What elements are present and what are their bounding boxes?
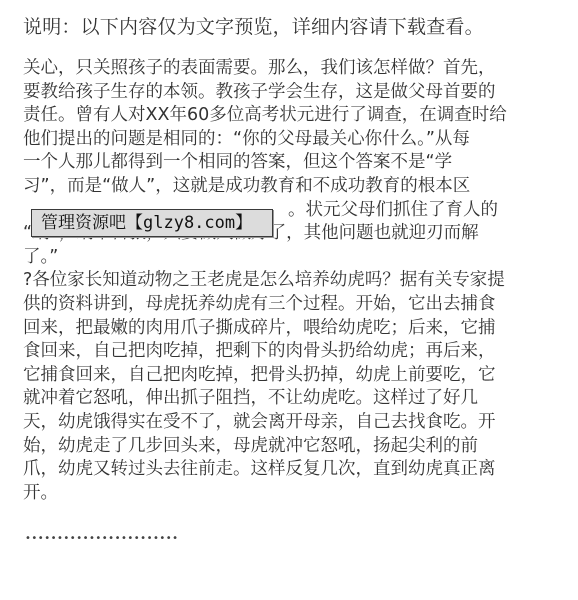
text-line: 开。 <box>23 482 553 506</box>
text-line: 关心，只关照孩子的表面需要。那么，我们该怎样做？首先， <box>23 57 553 81</box>
text-line: 一个人那儿都得到一个相同的答案，但这个答案不是“学 <box>23 151 553 175</box>
document-body: 关心，只关照孩子的表面需要。那么，我们该怎样做？首先， 要教给孩子生存的本领。教… <box>23 57 553 505</box>
text-line-visible-part: 。状元父母们抓住了育人的 <box>288 200 498 220</box>
continuation-dots: •••••••••••••••••••••••• <box>25 534 179 544</box>
text-line: 食回来，自己把肉吃掉，把剩下的肉骨头扔给幼虎；再后来， <box>23 340 553 364</box>
text-line: 了。” <box>23 246 553 270</box>
text-line: 爪，幼虎又转过头去往前走。这样反复几次，直到幼虎真正离 <box>23 458 553 482</box>
watermark-banner: 管理资源吧【glzy8.com】 <box>31 209 273 237</box>
text-line: 天，幼虎饿得实在受不了，就会离开母亲，自己去找食吃。开 <box>23 411 553 435</box>
text-line: ?各位家长知道动物之王老虎是怎么培养幼虎吗？据有关专家提 <box>23 269 553 293</box>
text-line: 责任。曾有人对XX年60多位高考状元进行了调查，在调查时给 <box>23 104 553 128</box>
text-line: 要教给孩子生存的本领。教孩子学会生存，这是做父母首要的 <box>23 81 553 105</box>
text-line: 回来，把最嫩的肉用爪子撕成碎片，喂给幼虎吃；后来，它捕 <box>23 317 553 341</box>
text-line: 它捕食回来，自己把肉吃掉，把骨头扔掉，幼虎上前要吃，它 <box>23 364 553 388</box>
text-line: 就冲着它怒吼，伸出抓子阻挡，不让幼虎吃。这样过了好几 <box>23 387 553 411</box>
text-line: 习”，而是“做人”，这就是成功教育和不成功教育的根本区 <box>23 175 553 199</box>
text-line: 始，幼虎走了几步回头来，母虎就冲它怒吼，扬起尖利的前 <box>23 435 553 459</box>
text-line: 他们提出的问题是相同的：“你的父母最关心你什么。”从每 <box>23 128 553 152</box>
preview-notice: 说明：以下内容仅为文字预览，详细内容请下载查看。 <box>23 14 484 40</box>
text-line: 供的资料讲到，母虎抚养幼虎有三个过程。开始，它出去捕食 <box>23 293 553 317</box>
